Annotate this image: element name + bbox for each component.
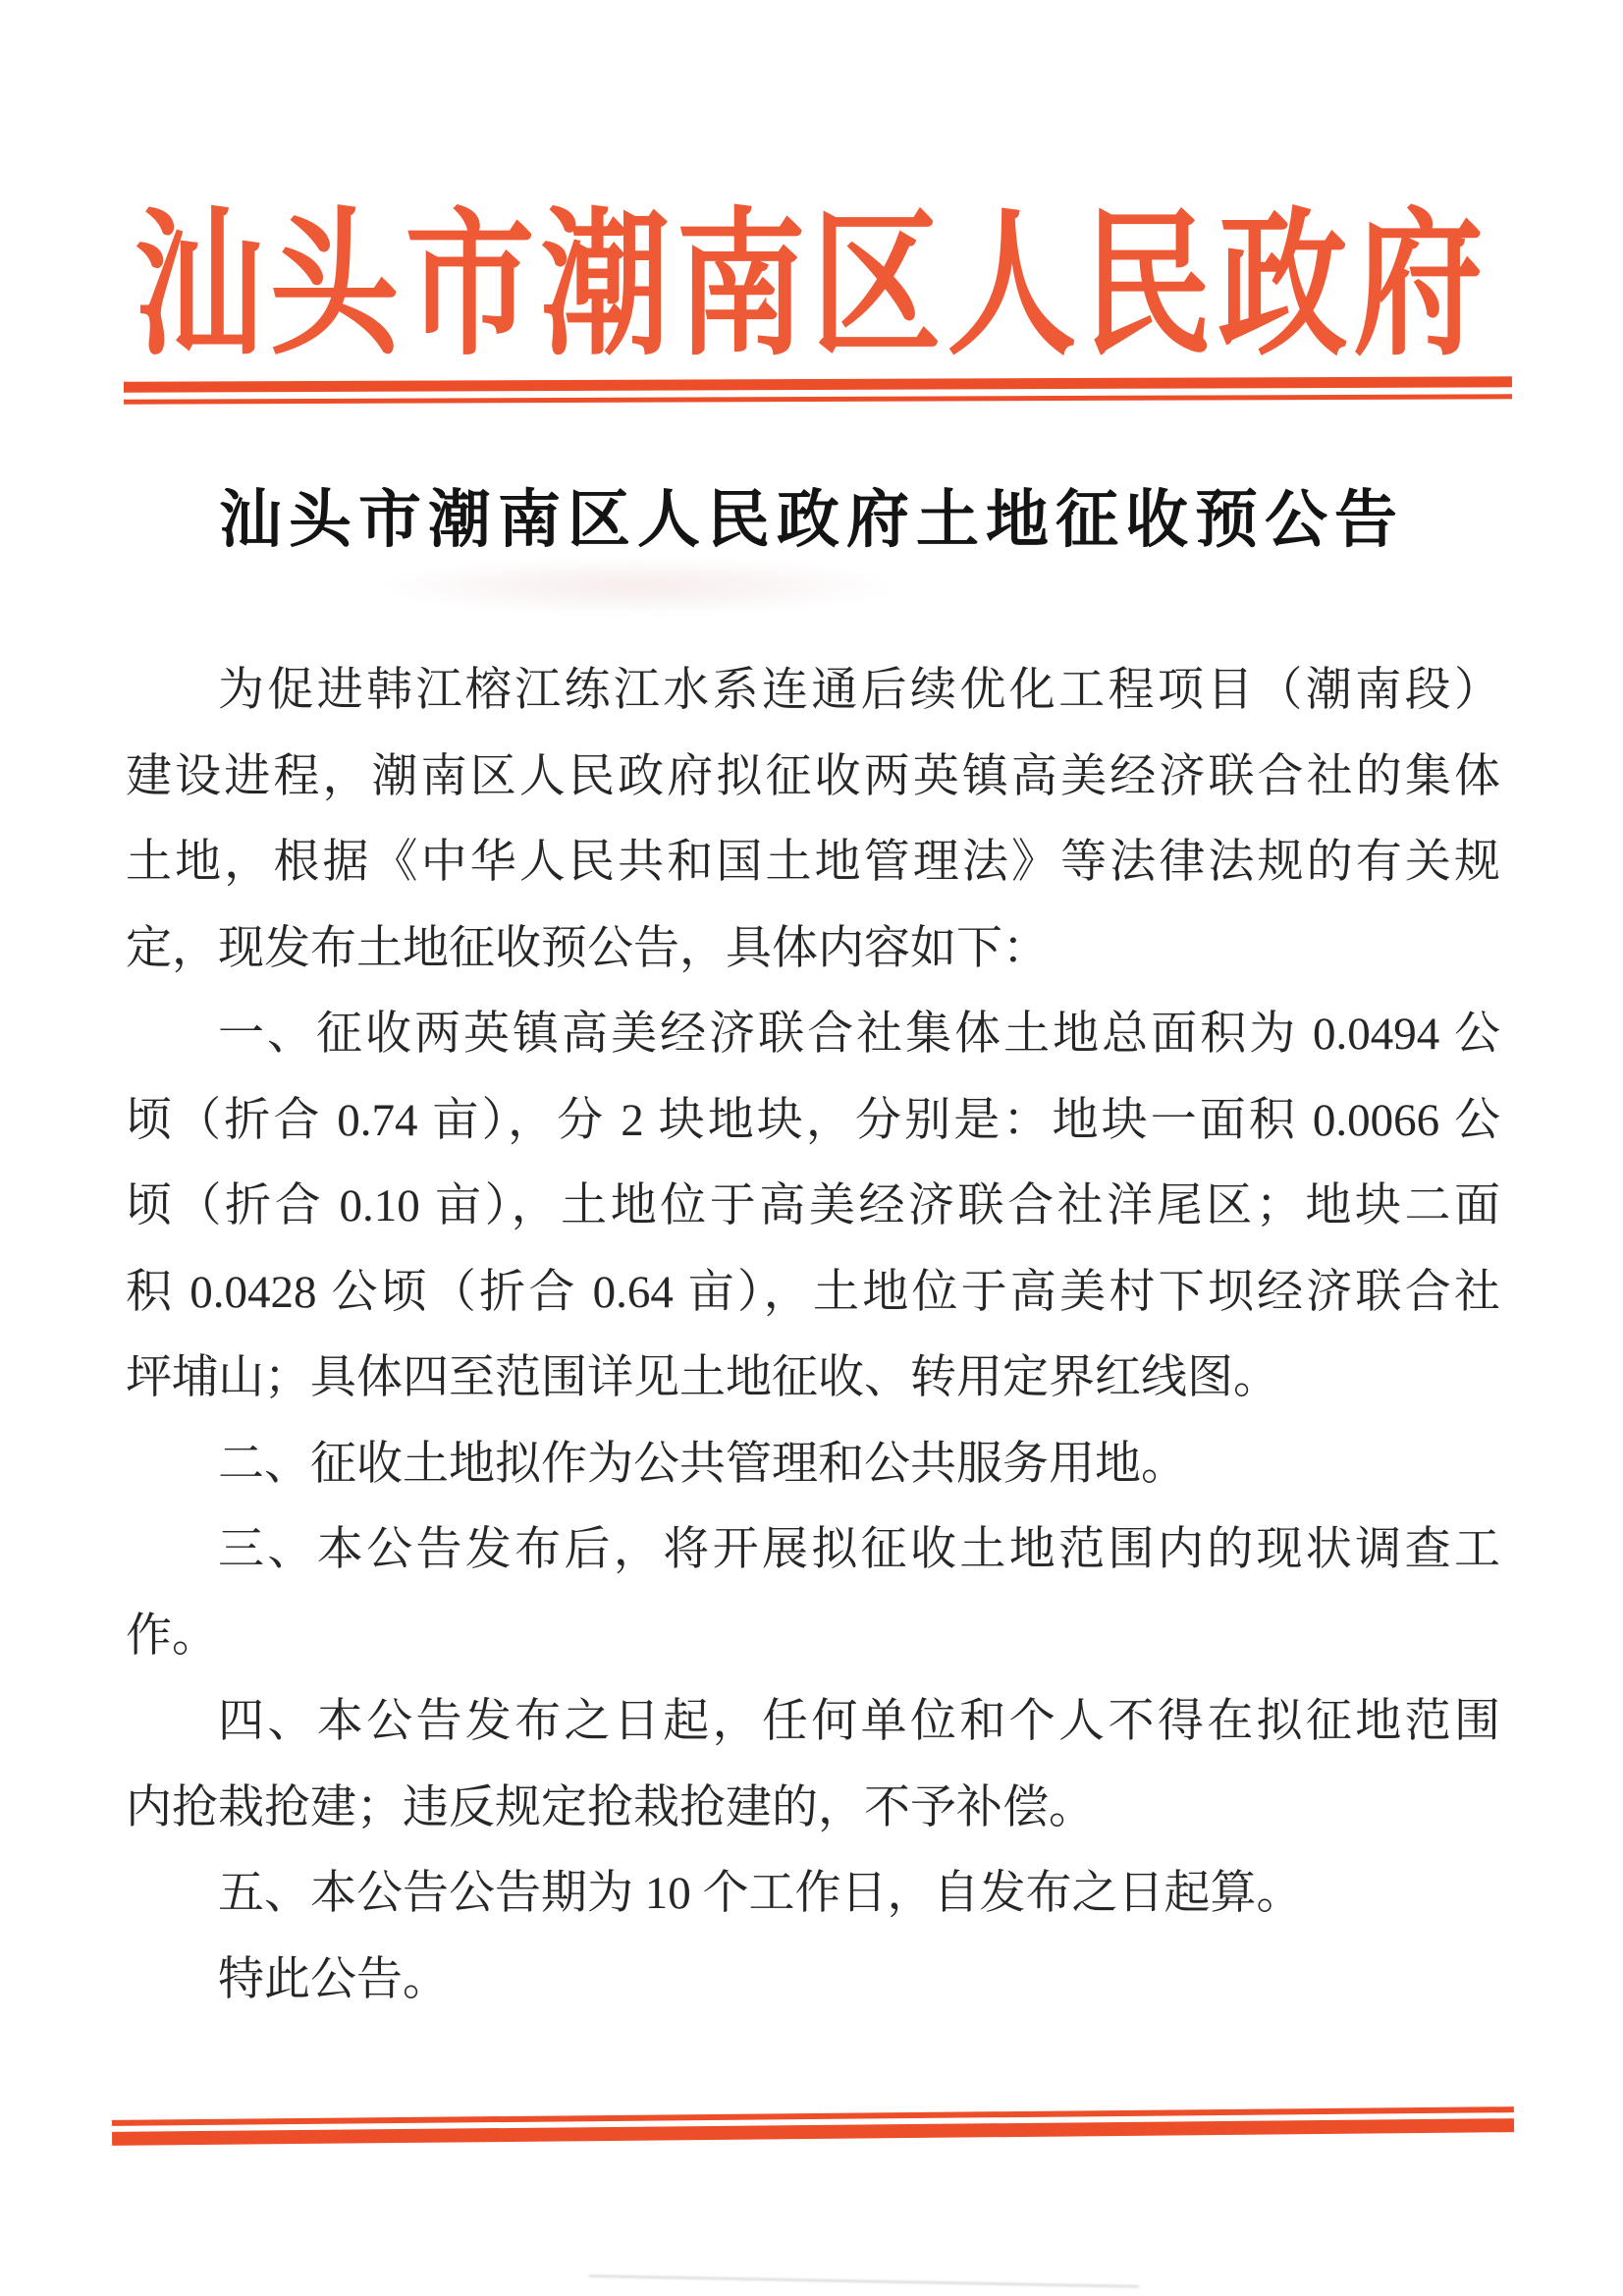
body-paragraph: 五、本公告公告期为 10 个工作日，自发布之日起算。 <box>126 1851 1500 1938</box>
body-paragraph: 为促进韩江榕江练江水系连通后续优化工程项目（潮南段）建设进程，潮南区人民政府拟征… <box>126 648 1500 992</box>
body-line: 四、本公告发布之日起，任何单位和个人不得在拟征地范围 <box>126 1679 1500 1766</box>
letterhead-title: 汕头市潮南区人民政府 <box>0 204 1623 370</box>
body-paragraph: 特此公告。 <box>126 1938 1500 2024</box>
body-paragraph: 一、征收两英镇高美经济联合社集体土地总面积为 0.0494 公顷（折合 0.74… <box>126 992 1500 1422</box>
announcement-title: 汕头市潮南区人民政府土地征收预公告 <box>0 469 1623 560</box>
letterhead-divider <box>124 376 1512 404</box>
body-line: 一、征收两英镇高美经济联合社集体土地总面积为 0.0494 公 <box>126 992 1500 1078</box>
footer-divider <box>112 2106 1514 2146</box>
body-line: 三、本公告发布后，将开展拟征收土地范围内的现状调查工 <box>126 1507 1500 1594</box>
body-line: 顷（折合 0.10 亩），土地位于高美经济联合社洋尾区；地块二面 <box>126 1164 1500 1250</box>
body-line: 为促进韩江榕江练江水系连通后续优化工程项目（潮南段） <box>126 648 1500 735</box>
document-page: 汕头市潮南区人民政府 汕头市潮南区人民政府土地征收预公告 为促进韩江榕江练江水系… <box>0 0 1623 2296</box>
scan-page-edge-artifact <box>589 2275 1139 2288</box>
body-paragraph: 二、征收土地拟作为公共管理和公共服务用地。 <box>126 1422 1500 1508</box>
body-line: 顷（折合 0.74 亩），分 2 块地块，分别是：地块一面积 0.0066 公 <box>126 1078 1500 1165</box>
announcement-body: 为促进韩江榕江练江水系连通后续优化工程项目（潮南段）建设进程，潮南区人民政府拟征… <box>126 648 1500 2023</box>
body-line: 作。 <box>126 1594 1500 1680</box>
erased-stamp-smudge <box>383 558 893 615</box>
body-paragraph: 三、本公告发布后，将开展拟征收土地范围内的现状调查工作。 <box>126 1507 1500 1679</box>
body-line: 坪埔山；具体四至范围详见土地征收、转用定界红线图。 <box>126 1336 1500 1422</box>
body-line: 定，现发布土地征收预公告，具体内容如下： <box>126 906 1500 993</box>
body-line: 土地，根据《中华人民共和国土地管理法》等法律法规的有关规 <box>126 820 1500 906</box>
body-line: 内抢栽抢建；违反规定抢栽抢建的，不予补偿。 <box>126 1766 1500 1852</box>
body-line: 五、本公告公告期为 10 个工作日，自发布之日起算。 <box>126 1851 1500 1938</box>
body-line: 特此公告。 <box>126 1938 1500 2024</box>
body-line: 二、征收土地拟作为公共管理和公共服务用地。 <box>126 1422 1500 1508</box>
body-line: 积 0.0428 公顷（折合 0.64 亩），土地位于高美村下坝经济联合社 <box>126 1250 1500 1337</box>
body-line: 建设进程，潮南区人民政府拟征收两英镇高美经济联合社的集体 <box>126 735 1500 821</box>
body-paragraph: 四、本公告发布之日起，任何单位和个人不得在拟征地范围内抢栽抢建；违反规定抢栽抢建… <box>126 1679 1500 1851</box>
